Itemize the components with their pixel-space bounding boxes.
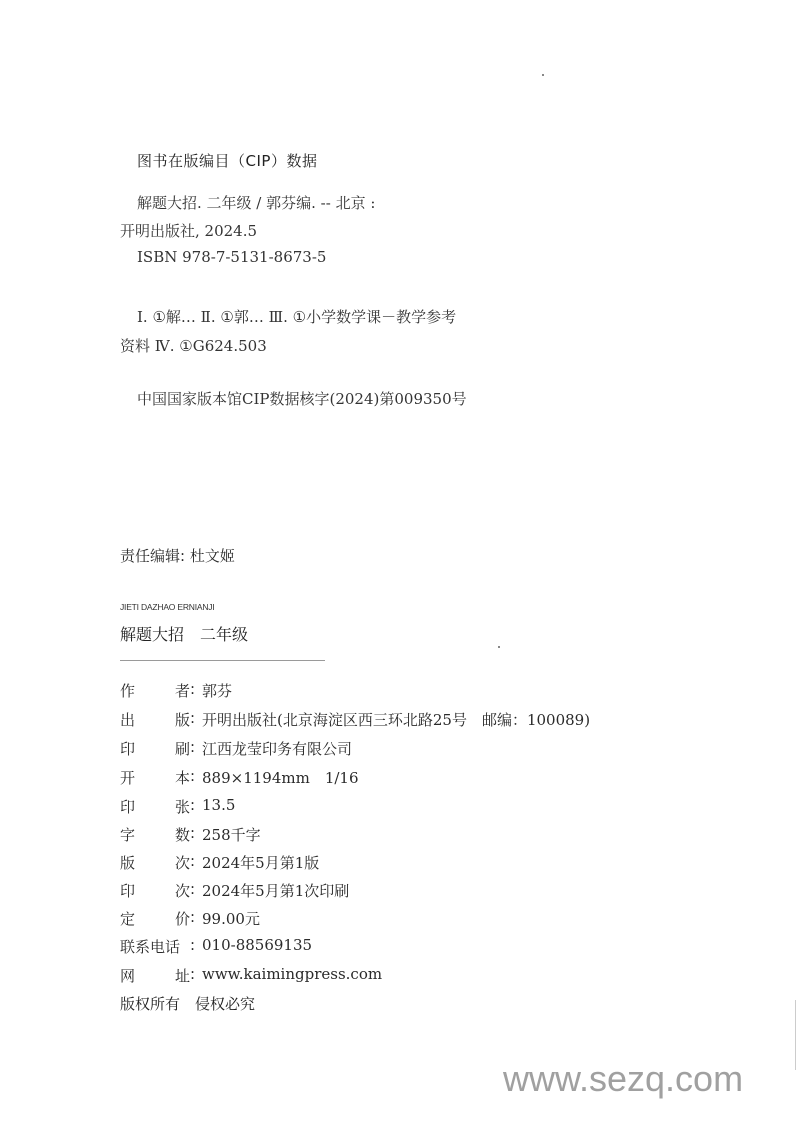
cip-line-1: 解题大招. 二年级 / 郭芬编. -- 北京 : <box>137 192 375 213</box>
detail-row-author: 作者:郭芬 <box>120 680 232 701</box>
scan-speck <box>498 646 500 648</box>
classification-line-2: 资料 Ⅳ. ①G624.503 <box>120 335 267 356</box>
detail-row-website: 网址:www.kaimingpress.com <box>120 965 382 986</box>
classification-line-1: Ⅰ. ①解… Ⅱ. ①郭… Ⅲ. ①小学数学课－教学参考 <box>137 306 456 327</box>
scan-edge-mark <box>795 1000 796 1070</box>
book-title-pinyin: JIETI DAZHAO ERNIANJI <box>120 602 215 612</box>
cip-title: 图书在版编目（CIP）数据 <box>137 150 317 171</box>
detail-row-edition: 版次:2024年5月第1版 <box>120 852 319 873</box>
detail-value: 郭芬 <box>202 680 232 701</box>
responsible-editor: 责任编辑: 杜文姬 <box>120 545 235 566</box>
detail-row-sheets: 印张:13.5 <box>120 796 235 817</box>
detail-value: 258千字 <box>202 824 261 845</box>
detail-value: 889×1194mm 1/16 <box>202 767 359 788</box>
isbn: ISBN 978-7-5131-8673-5 <box>137 248 326 266</box>
detail-row-publisher: 出版:开明出版社(北京海淀区西三环北路25号 邮编：100089) <box>120 709 590 730</box>
copyright-notice: 版权所有 侵权必究 <box>120 993 255 1014</box>
book-title: 解题大招 二年级 <box>120 622 248 645</box>
detail-value: 2024年5月第1次印刷 <box>202 880 349 901</box>
website-link: www.kaimingpress.com <box>202 965 382 986</box>
watermark: www.sezq.com <box>503 1058 743 1100</box>
detail-value: 99.00元 <box>202 908 260 929</box>
detail-row-word-count: 字数:258千字 <box>120 824 261 845</box>
detail-value: 开明出版社(北京海淀区西三环北路25号 邮编：100089) <box>202 709 590 730</box>
detail-value: 江西龙莹印务有限公司 <box>202 738 352 759</box>
scan-speck <box>542 74 544 76</box>
cip-verification: 中国国家版本馆CIP数据核字(2024)第009350号 <box>137 388 467 409</box>
detail-row-format: 开本:889×1194mm 1/16 <box>120 767 359 788</box>
detail-value: 010-88569135 <box>202 936 312 957</box>
detail-row-printing: 印次:2024年5月第1次印刷 <box>120 880 349 901</box>
detail-row-phone: 联系电话:010-88569135 <box>120 936 312 957</box>
divider <box>120 660 325 661</box>
detail-row-printer: 印刷:江西龙莹印务有限公司 <box>120 738 352 759</box>
detail-row-price: 定价:99.00元 <box>120 908 260 929</box>
detail-value: 13.5 <box>202 796 235 817</box>
detail-value: 2024年5月第1版 <box>202 852 319 873</box>
cip-line-2: 开明出版社, 2024.5 <box>120 220 257 241</box>
